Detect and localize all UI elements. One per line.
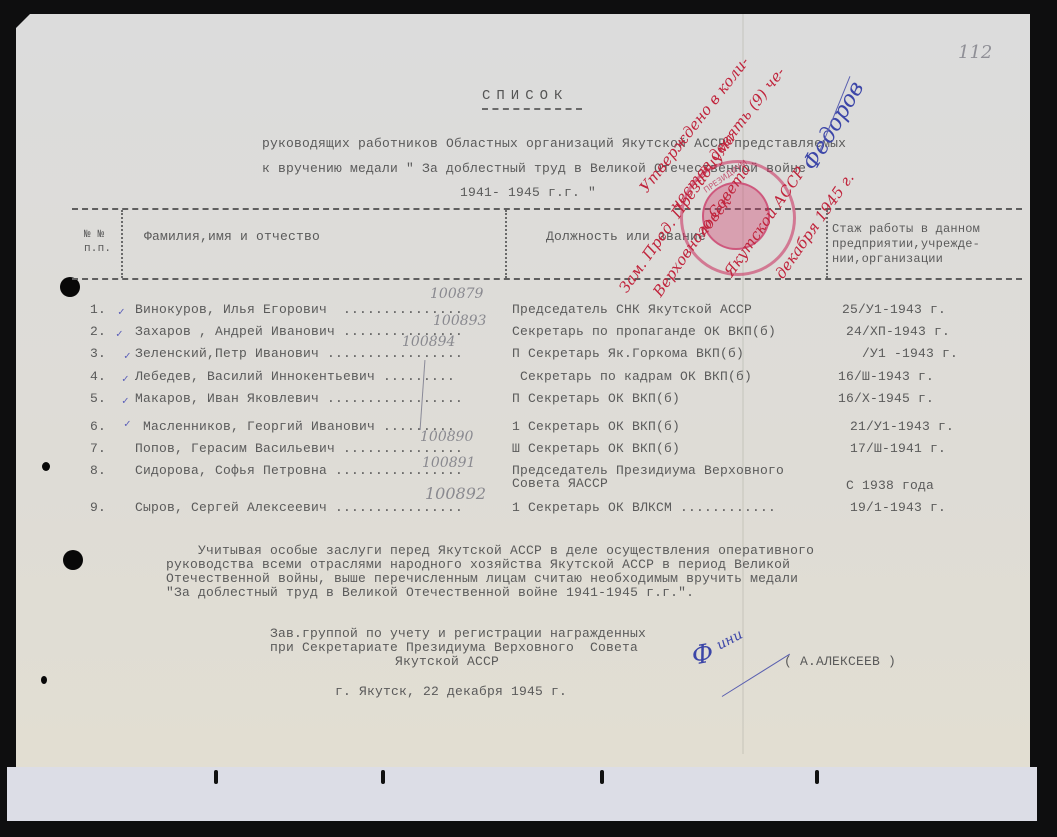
row-since: 17/Ш-1941 г.: [850, 441, 946, 456]
row-position: Председатель СНК Якутской АССР: [512, 302, 752, 317]
document-title: СПИСОК: [482, 88, 568, 104]
row-name: Сидорова, Софья Петровна ...............…: [135, 463, 463, 478]
check-mark-icon: ✓: [122, 372, 129, 386]
handwritten-reg-number: 100891: [422, 455, 475, 471]
column-divider: [121, 210, 123, 278]
row-number: 7.: [90, 441, 106, 456]
row-number: 5.: [90, 391, 106, 406]
row-number: 3.: [90, 346, 106, 361]
check-mark-icon: ✓: [118, 305, 125, 319]
handwritten-reg-number: 100894: [402, 334, 455, 350]
place-and-date: г. Якутск, 22 декабря 1945 г.: [335, 684, 567, 699]
row-number: 9.: [90, 500, 106, 515]
handwritten-reg-number: 100893: [433, 313, 486, 329]
paragraph-line-1: Учитывая особые заслуги перед Якутской А…: [166, 543, 814, 558]
row-position: Секретарь по пропаганде ОК ВКП(б): [512, 324, 776, 339]
row-since: 16/Ш-1943 г.: [838, 369, 934, 384]
staple-mark: [600, 770, 604, 784]
punch-hole: [42, 462, 50, 471]
row-position: Ш Секретарь ОК ВКП(б): [512, 441, 680, 456]
row-since: /У1 -1943 г.: [862, 346, 958, 361]
row-number: 6.: [90, 419, 106, 434]
header-tenure-line1: Стаж работы в данном: [832, 222, 980, 236]
row-position: П Секретарь Як.Горкома ВКП(б): [512, 346, 744, 361]
row-since: 21/У1-1943 г.: [850, 419, 954, 434]
table-header-rule: [72, 278, 1022, 280]
row-name: Винокуров, Илья Егорович ...............: [135, 302, 463, 317]
row-position: П Секретарь ОК ВКП(б): [512, 391, 680, 406]
row-number: 4.: [90, 369, 106, 384]
punch-hole: [63, 550, 83, 570]
row-position: Секретарь по кадрам ОК ВКП(б): [512, 369, 752, 384]
table-top-rule: [72, 208, 1022, 210]
row-number: 8.: [90, 463, 106, 478]
signature-block-line-2: при Секретариате Президиума Верховного С…: [270, 640, 638, 655]
check-mark-icon: ✓: [122, 394, 129, 408]
row-since: С 1938 года: [846, 478, 934, 493]
row-position-line2: Совета ЯАССР: [512, 476, 608, 491]
row-name: Макаров, Иван Яковлевич ................…: [135, 391, 463, 406]
staple-mark: [815, 770, 819, 784]
row-name: Сыров, Сергей Алексеевич ...............…: [135, 500, 463, 515]
paragraph-line-2: руководства всеми отраслями народного хо…: [166, 557, 790, 572]
page-number: 112: [958, 42, 992, 63]
header-num-line2: п.п.: [84, 243, 111, 255]
signer-name: ( А.АЛЕКСЕЕВ ): [784, 654, 896, 669]
row-since: 24/ХП-1943 г.: [846, 324, 950, 339]
header-name: Фамилия,имя и отчество: [144, 229, 320, 244]
page-corner-fold: [16, 14, 30, 28]
paragraph-line-4: "За доблестный труд в Великой Отечествен…: [166, 585, 694, 600]
signature-block-line-3: Якутской АССР: [395, 654, 499, 669]
row-since: 25/У1-1943 г.: [842, 302, 946, 317]
title-underline: [482, 108, 582, 110]
staple-mark: [381, 770, 385, 784]
bottom-paper-strip: [7, 767, 1037, 821]
handwritten-reg-number: 100879: [430, 286, 483, 302]
row-name: Попов, Герасим Васильевич ..............…: [135, 441, 463, 456]
check-mark-icon: ✓: [124, 417, 131, 431]
paragraph-line-3: Отечественной войны, выше перечисленным …: [166, 571, 798, 586]
handwritten-reg-number: 100892: [425, 484, 486, 503]
subtitle-line-1: руководящих работников Областных организ…: [262, 136, 846, 151]
row-name: Лебедев, Василий Иннокентьевич .........: [135, 369, 455, 384]
row-since: 19/1-1943 г.: [850, 500, 946, 515]
signature-block-line-1: Зав.группой по учету и регистрации награ…: [270, 626, 646, 641]
header-tenure-line3: нии,организации: [832, 252, 943, 266]
staple-mark: [214, 770, 218, 784]
punch-hole: [41, 676, 47, 684]
row-number: 1.: [90, 302, 106, 317]
column-divider: [505, 210, 507, 278]
check-mark-icon: ✓: [124, 349, 131, 363]
header-num-line1: № №: [84, 229, 104, 241]
header-tenure-line2: предприятии,учрежде-: [832, 237, 980, 251]
row-number: 2.: [90, 324, 106, 339]
handwritten-reg-number: 100890: [420, 429, 473, 445]
row-since: 16/Х-1945 г.: [838, 391, 934, 406]
subtitle-line-3: 1941- 1945 г.г. ": [460, 185, 596, 200]
row-position: 1 Секретарь ОК ВЛКСМ ............: [512, 500, 776, 515]
check-mark-icon: ✓: [116, 327, 123, 341]
row-name: Масленников, Георгий Иванович .........: [135, 419, 455, 434]
punch-hole: [60, 277, 80, 297]
row-position: 1 Секретарь ОК ВКП(б): [512, 419, 680, 434]
